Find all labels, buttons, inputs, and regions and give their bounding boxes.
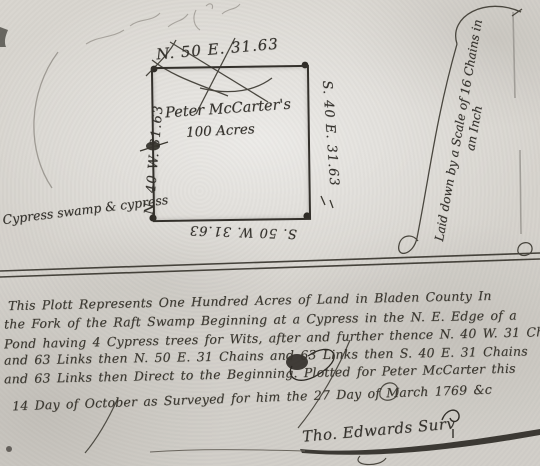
left-arc-mark: [34, 52, 58, 188]
plat-square: [151, 65, 311, 222]
separator-rule: [0, 243, 540, 277]
edge-smudge: [0, 27, 8, 47]
ink-dot: [6, 446, 12, 452]
document-scan: N. 50 E. 31.63 S. 40 E. 31.63 S. 50 W. 3…: [0, 0, 540, 466]
fold-streaks: [513, 12, 521, 234]
faint-handwriting-marks: [86, 4, 240, 44]
